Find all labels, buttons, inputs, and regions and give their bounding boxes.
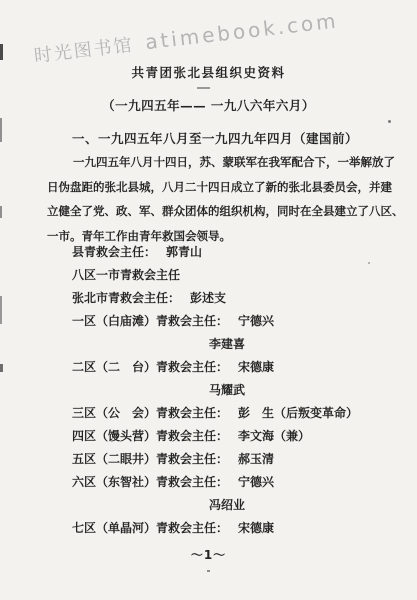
roster-name: 宁德兴	[238, 314, 274, 328]
roster-row: 八区一市青救会主任	[72, 264, 412, 287]
scan-artifact-edge-mark	[0, 364, 3, 372]
paragraph-line: 一九四五年八月十四日，苏、蒙联军在我军配合下，一举解放了	[47, 150, 407, 175]
page-number: ～1～	[0, 546, 417, 563]
roster-position: 八区一市青救会主任	[72, 268, 180, 282]
scan-artifact-edge-mark	[0, 118, 2, 142]
roster-position: 七区（单晶河）青救会主任：	[72, 521, 228, 535]
roster-position: 县青救会主任：	[72, 245, 156, 259]
scan-artifact-edge-mark	[0, 296, 2, 324]
roster-position: 五区（二眼井）青救会主任：	[72, 452, 228, 466]
roster-row-continuation: 冯绍业	[72, 494, 412, 517]
roster-row: 县青救会主任：郭青山	[72, 241, 412, 264]
roster-row: 一区（白庙滩）青救会主任：宁德兴	[72, 310, 412, 333]
roster-name: 宋德康	[238, 521, 274, 535]
scan-artifact-edge-mark	[0, 44, 3, 60]
roster-name: 李建喜	[209, 337, 245, 351]
roster-row: 四区（馒头营）青救会主任：李文海（兼）	[72, 425, 412, 448]
section-heading: 一、一九四五年八月至一九四九年四月（建国前）	[72, 129, 358, 147]
roster-position: 二区（二 台）青救会主任：	[72, 360, 228, 374]
roster-row: 六区（东智社）青救会主任：宁德兴	[72, 471, 412, 494]
roster-row: 五区（二眼井）青救会主任：郝玉清	[72, 448, 412, 471]
scan-artifact-speck	[368, 262, 370, 264]
library-watermark: 时光图书馆atimebook.com	[33, 7, 340, 68]
roster-name: 郭青山	[166, 245, 202, 259]
roster-name: 冯绍业	[209, 498, 245, 512]
roster-name: 李文海（兼）	[238, 429, 310, 443]
document-title: 共青团张北县组织史资料	[0, 63, 417, 81]
scan-artifact-speck	[207, 570, 210, 572]
roster-row-continuation: 李建喜	[72, 333, 412, 356]
roster-row-continuation: 马耀武	[72, 379, 412, 402]
intro-paragraph: 一九四五年八月十四日，苏、蒙联军在我军配合下，一举解放了 日伪盘距的张北县城，八…	[47, 150, 407, 248]
scan-artifact-edge-mark	[0, 206, 2, 218]
roster-row: 三区（公 会）青救会主任：彭 生（后叛变革命）	[72, 402, 412, 425]
roster-position: 张北市青救会主任：	[72, 291, 180, 305]
roster-name: 宋德康	[238, 360, 274, 374]
roster-row: 二区（二 台）青救会主任：宋德康	[72, 356, 412, 379]
roster-name: 马耀武	[209, 383, 245, 397]
watermark-latin-text: atimebook.com	[144, 8, 340, 54]
paragraph-line: 立健全了党、政、军、群众团体的组织机构，同时在全县建立了八区、	[47, 199, 407, 224]
roster-name: 彭 生（后叛变革命）	[238, 406, 358, 420]
paragraph-line: 日伪盘距的张北县城，八月二十四日成立了新的张北县委员会，并建	[47, 175, 407, 200]
roster-position: 一区（白庙滩）青救会主任：	[72, 314, 228, 328]
roster-name: 郝玉清	[238, 452, 274, 466]
scan-artifact-speck	[388, 120, 391, 123]
roster-position: 六区（东智社）青救会主任：	[72, 475, 228, 489]
roster-row: 七区（单晶河）青救会主任：宋德康	[72, 517, 412, 540]
cadre-roster: 县青救会主任：郭青山 八区一市青救会主任 张北市青救会主任：彭述支 一区（白庙滩…	[72, 241, 412, 540]
roster-name: 宁德兴	[238, 475, 274, 489]
roster-position: 三区（公 会）青救会主任：	[72, 406, 228, 420]
roster-row: 张北市青救会主任：彭述支	[72, 287, 412, 310]
scan-artifact-title-dash	[197, 87, 210, 89]
roster-name: 彭述支	[190, 291, 226, 305]
scanned-document-page: 时光图书馆atimebook.com 共青团张北县组织史资料 （一九四五年—— …	[0, 0, 417, 600]
document-date-range: （一九四五年—— 一九八六年六月）	[0, 96, 417, 114]
roster-position: 四区（馒头营）青救会主任：	[72, 429, 228, 443]
